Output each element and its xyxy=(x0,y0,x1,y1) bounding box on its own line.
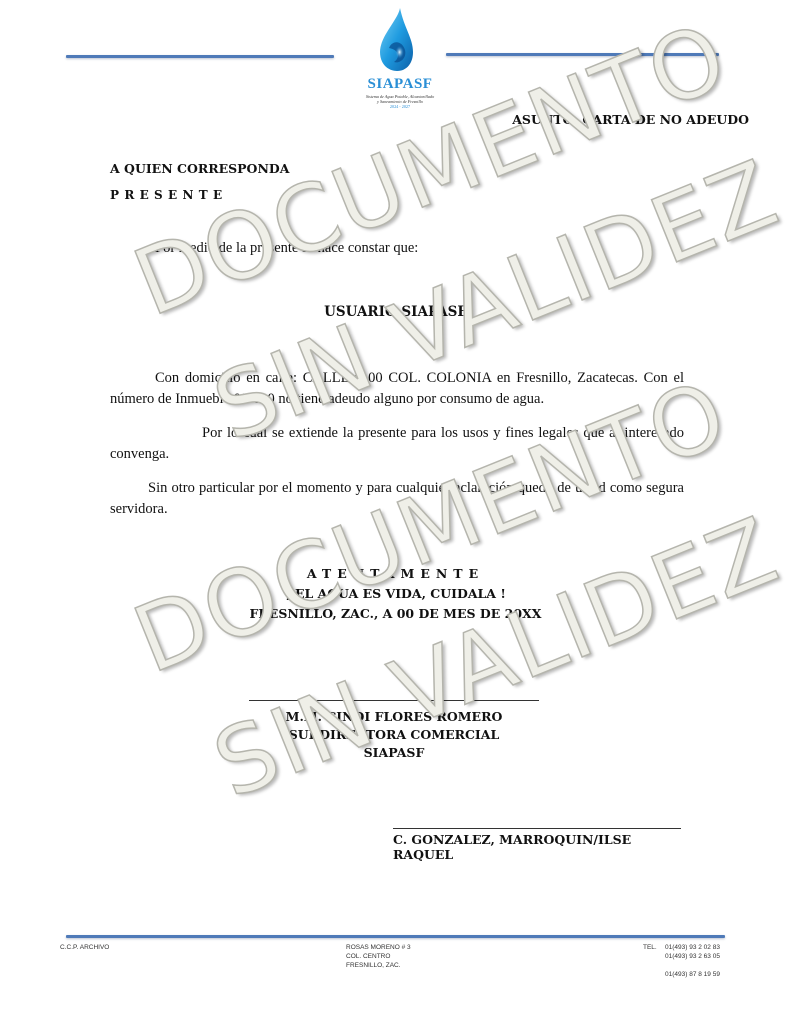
subject-line: ASUNTO: CARTA DE NO ADEUDO xyxy=(512,112,749,127)
place-date: FRESNILLO, ZAC., A 00 DE MES DE 20XX xyxy=(0,604,791,624)
recipient: A QUIEN CORRESPONDA xyxy=(110,161,289,176)
user-name: USUARIO SIAPASF xyxy=(0,304,791,320)
phone-2: 01(493) 93 2 63 05 xyxy=(665,952,720,961)
footer-phones: 01(493) 93 2 02 83 01(493) 93 2 63 05 01… xyxy=(665,943,720,979)
watermark-sin-validez-1: SIN VALIDEZ xyxy=(200,140,791,462)
signer-title: SUBDIRECTORA COMERCIAL xyxy=(249,726,539,744)
intro-paragraph: Por medio de la presente se hace constar… xyxy=(155,238,418,259)
signer-name: M.M. CINDI FLORES ROMERO xyxy=(249,708,539,726)
signer-org: SIAPASF xyxy=(249,744,539,762)
header-rule-left xyxy=(66,55,334,58)
phone-3: 01(493) 87 8 19 59 xyxy=(665,970,720,979)
header-rule-right xyxy=(446,53,719,56)
watermark-sin-validez-2: SIN VALIDEZ xyxy=(200,497,791,819)
footer-address: ROSAS MORENO # 3 COL. CENTRO FRESNILLO, … xyxy=(346,943,411,970)
footer-tel-label: TEL. xyxy=(643,943,657,952)
footer-rule xyxy=(66,935,725,938)
closing-block: ATENTAMENTE ¡ EL AGUA ES VIDA, CUIDALA !… xyxy=(0,564,791,624)
phone-1: 01(493) 93 2 02 83 xyxy=(665,943,720,952)
logo-period: 2024 - 2027 xyxy=(350,104,450,109)
atentamente: ATENTAMENTE xyxy=(0,564,791,584)
footer-address-line3: FRESNILLO, ZAC. xyxy=(346,961,411,970)
footer-address-line2: COL. CENTRO xyxy=(346,952,411,961)
closing-paragraph: Sin otro particular por el momento y par… xyxy=(110,478,684,520)
presente-heading: PRESENTE xyxy=(110,188,227,202)
signature-line xyxy=(249,700,539,701)
initials-line xyxy=(393,828,681,829)
purpose-paragraph: Por lo cual se extiende la presente para… xyxy=(110,423,684,465)
siapasf-logo: SIAPASF Sistema de Agua Potable, Alcanta… xyxy=(355,6,445,111)
letter-page: SIAPASF Sistema de Agua Potable, Alcanta… xyxy=(0,0,791,1024)
initials: C. GONZALEZ, MARROQUIN/ILSE RAQUEL xyxy=(393,832,683,862)
footer-address-line1: ROSAS MORENO # 3 xyxy=(346,943,411,952)
water-drop-icon xyxy=(376,6,416,72)
address-paragraph: Con domicilio en calle: CALLE # 00 COL. … xyxy=(110,368,684,410)
slogan: ¡ EL AGUA ES VIDA, CUIDALA ! xyxy=(0,584,791,604)
footer-ccp: C.C.P. ARCHIVO xyxy=(60,943,109,952)
signer-block: M.M. CINDI FLORES ROMERO SUBDIRECTORA CO… xyxy=(249,708,539,762)
logo-brand: SIAPASF xyxy=(355,76,445,93)
